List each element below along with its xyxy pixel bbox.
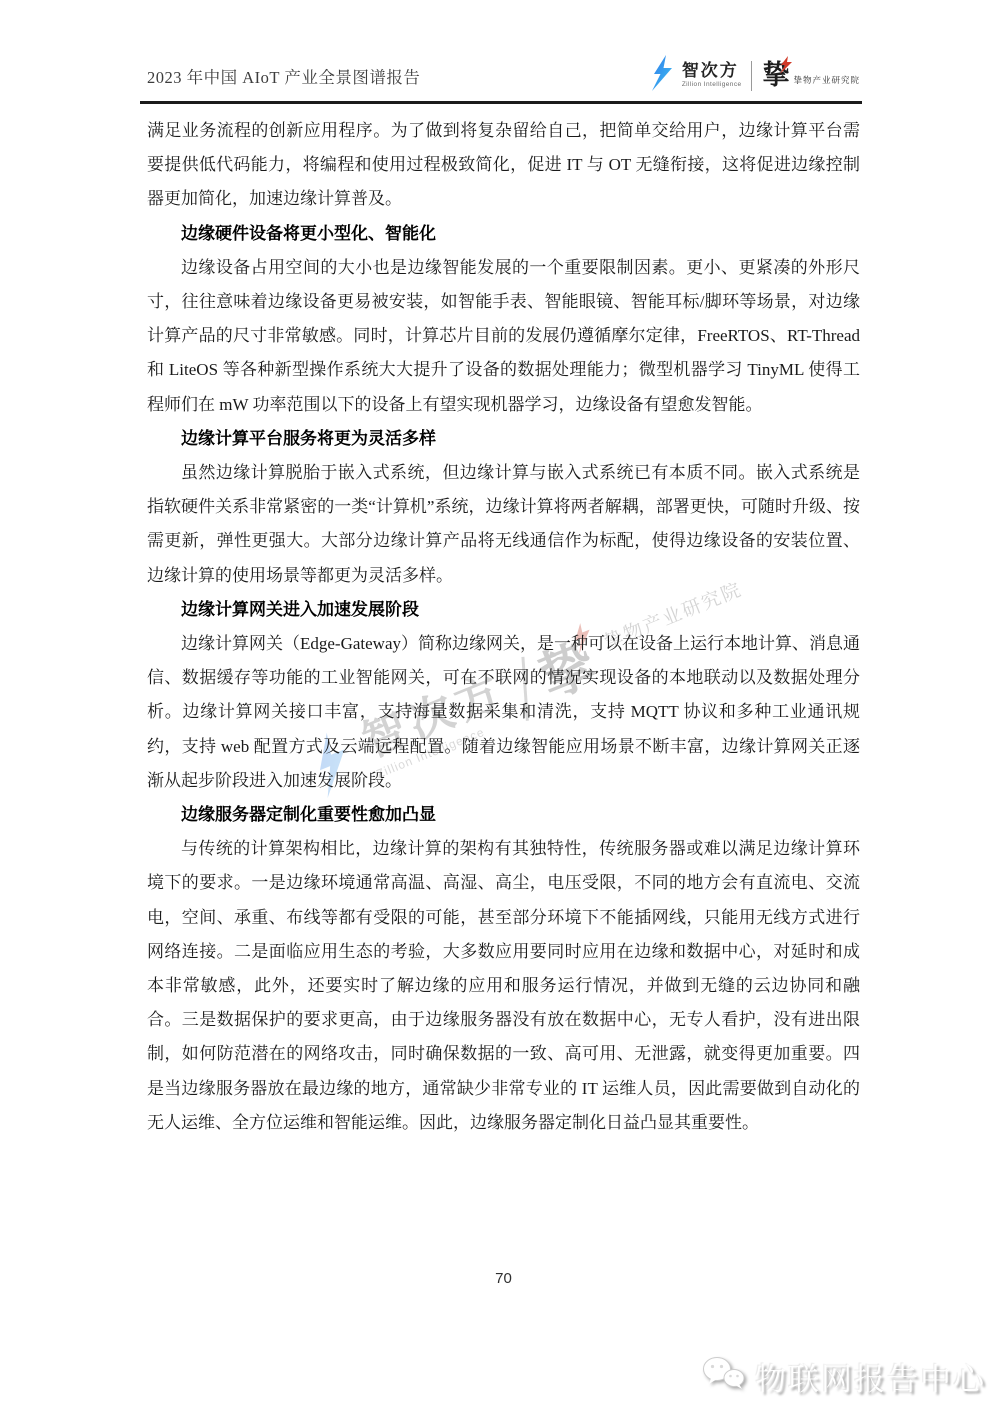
page-number: 70 [147, 1270, 860, 1287]
zhiwu-label: 挚物产业研究院 [793, 74, 860, 86]
section-heading: 边缘硬件设备将更小型化、智能化 [147, 217, 860, 251]
section-heading: 边缘服务器定制化重要性愈加凸显 [147, 798, 860, 832]
document-body: 满足业务流程的创新应用程序。为了做到将复杂留给自己，把简单交给用户，边缘计算平台… [147, 114, 860, 1140]
bottom-watermark-label: 物联网报告中心 [755, 1354, 986, 1399]
header-rule [140, 101, 862, 104]
paragraph-intro: 满足业务流程的创新应用程序。为了做到将复杂留给自己，把简单交给用户，边缘计算平台… [147, 114, 860, 217]
red-bolt-icon [779, 56, 793, 79]
paragraph: 边缘计算网关（Edge-Gateway）简称边缘网关，是一种可以在设备上运行本地… [147, 627, 860, 798]
zhicifang-logo: 智次方 Zillion Intelligence [650, 55, 742, 96]
section-heading: 边缘计算网关进入加速发展阶段 [147, 593, 860, 627]
logo-divider [751, 61, 752, 91]
report-title: 2023 年中国 AIoT 产业全景图谱报告 [147, 64, 420, 88]
wechat-watermark: 物联网报告中心 [701, 1354, 986, 1399]
section-heading: 边缘计算平台服务将更为灵活多样 [147, 422, 860, 456]
paragraph: 与传统的计算架构相比，边缘计算的架构有其独特性，传统服务器或难以满足边缘计算环境… [147, 832, 860, 1140]
zhicifang-subtitle: Zillion Intelligence [682, 82, 742, 89]
paragraph: 边缘设备占用空间的大小也是边缘智能发展的一个重要限制因素。更小、更紧凑的外形尺寸… [147, 251, 860, 422]
wechat-icon [701, 1355, 747, 1398]
page: 2023 年中国 AIoT 产业全景图谱报告 智次方 Zillion Intel… [0, 0, 1000, 1415]
zhicifang-name: 智次方 [682, 62, 742, 79]
header-logos: 智次方 Zillion Intelligence 挚 挚物产业研究院 [650, 55, 860, 96]
zhiwu-logo: 挚 挚物产业研究院 [762, 62, 860, 89]
zillion-z-icon [650, 55, 676, 96]
paragraph: 虽然边缘计算脱胎于嵌入式系统，但边缘计算与嵌入式系统已有本质不同。嵌入式系统是指… [147, 456, 860, 593]
